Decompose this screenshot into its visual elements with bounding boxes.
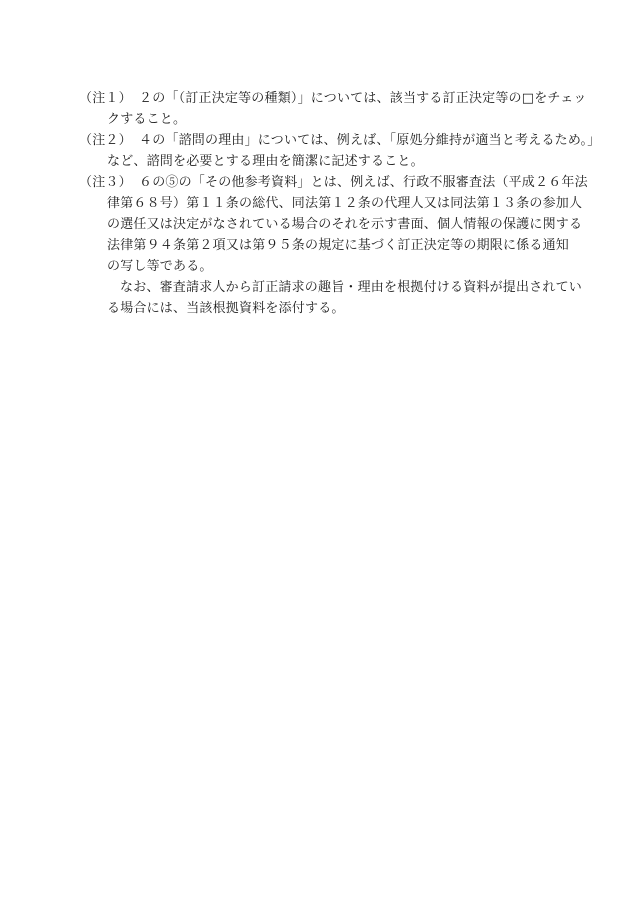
note-1-label: （注１） [79, 88, 139, 109]
note-1-line-1: （注１）２の「（訂正決定等の種類）」については、該当する訂正決定等の□をチェッ [0, 88, 630, 109]
note-3-line-7: る場合には、当該根拠資料を添付する。 [0, 298, 630, 319]
note-3-line-5: の写し等である。 [0, 256, 630, 277]
note-1-line-2: クすること。 [0, 109, 630, 130]
note-2-line-2: など、諮問を必要とする理由を簡潔に記述すること。 [0, 151, 630, 172]
note-2-text: ４の「諮問の理由」については、例えば、「原処分維持が適当と考えるため。」 [139, 133, 600, 148]
note-3-line-4: 法律第９４条第２項又は第９５条の規定に基づく訂正決定等の期限に係る通知 [0, 235, 630, 256]
notes-section: （注１）２の「（訂正決定等の種類）」については、該当する訂正決定等の□をチェッ … [0, 88, 630, 319]
document-page: （注１）２の「（訂正決定等の種類）」については、該当する訂正決定等の□をチェッ … [0, 0, 630, 903]
note-1-text: ２の「（訂正決定等の種類）」については、該当する訂正決定等の□をチェッ [139, 91, 587, 106]
note-2-label: （注２） [79, 130, 139, 151]
note-3-text: ６の⑤の「その他参考資料」とは、例えば、行政不服審査法（平成２６年法 [139, 175, 588, 190]
note-3-line-6: なお、審査請求人から訂正請求の趣旨・理由を根拠付ける資料が提出されてい [0, 277, 630, 298]
note-3-line-1: （注３）６の⑤の「その他参考資料」とは、例えば、行政不服審査法（平成２６年法 [0, 172, 630, 193]
note-3-label: （注３） [79, 172, 139, 193]
note-3-line-2: 律第６８号）第１１条の総代、同法第１２条の代理人又は同法第１３条の参加人 [0, 193, 630, 214]
note-3-line-3: の選任又は決定がなされている場合のそれを示す書面、個人情報の保護に関する [0, 214, 630, 235]
note-2-line-1: （注２）４の「諮問の理由」については、例えば、「原処分維持が適当と考えるため。」 [0, 130, 630, 151]
